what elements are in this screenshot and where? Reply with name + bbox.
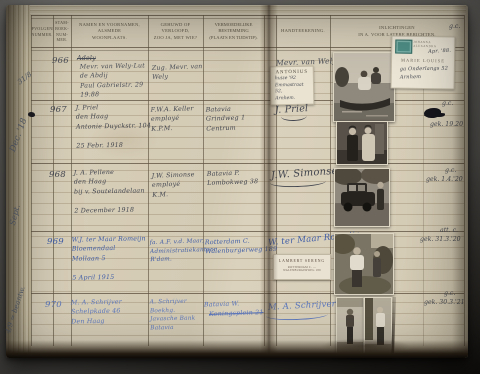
column-header-stamboek-nummer: STAM- BOEK- NUM- MER. [53, 16, 71, 47]
page-right-edge [452, 5, 468, 358]
lambert-card-line1: LAMBERT SERENG [274, 259, 330, 263]
photo-automobile [334, 168, 390, 227]
stamp-card-script-top: Apr. '88. [428, 48, 451, 57]
entry-966-name: Mevr. van Wely-Lut de Abdij Paul Gabriel… [80, 61, 146, 100]
entry-966-partner: Zug. Mevr. van Wely [152, 62, 203, 83]
vertical-rule [203, 15, 204, 346]
photo-couple-indoors [336, 121, 388, 165]
entry-967-dest: Batavia Grindweg 1 Centrum [206, 104, 246, 134]
entry-970-partner: A. Schrijver Boekhg. Javasche Bank Batav… [150, 298, 196, 334]
book-bottom-edge [6, 340, 468, 358]
stamp-card: JOHANNA ALEXANDRA Apr. '88. MARIE LOUISE… [391, 35, 456, 89]
stamp-card-print: JOHANNA ALEXANDRA [413, 40, 436, 49]
lambert-card-line2: ROTTERDAM C. — WALENBURGERWEG 189 [274, 266, 330, 272]
entry-967-number: 967 [50, 104, 67, 117]
vertical-rule [71, 15, 72, 346]
column-header-bestemming: VERMOEDELIJKE BESTEMMING (PLAATS EN TIJD… [203, 16, 264, 47]
photo-backdrop: OPVOLGEND NUMMER. STAM- BOEK- NUM- MER. … [0, 0, 480, 374]
vertical-rule [31, 15, 32, 346]
entry-967-name: J. Priel den Haag Antonie Duyckstr. 104 … [76, 102, 152, 150]
column-header-opvolgend-nummer: OPVOLGEND NUMMER. [31, 16, 53, 47]
entry-968-dest: Batavia P. Lombokweg 38 [207, 168, 259, 189]
column-header-gehuwd: GEHUWD OF VERLOOFD, ZOO JA, MET WIE? [148, 16, 203, 47]
entry-969-number: 969 [47, 236, 64, 249]
photo-rowing-boat [333, 52, 395, 122]
horizontal-rule [31, 293, 464, 294]
column-header-namen: NAMEN EN VOORNAMEN, ALSMEDE WOONPLAATS. [71, 16, 148, 47]
horizontal-rule [31, 231, 464, 232]
book-gutter [260, 5, 278, 358]
photo-garden [334, 233, 394, 295]
vertical-rule [148, 15, 149, 346]
page-top-edge [30, 5, 466, 14]
horizontal-rule [31, 100, 464, 101]
lambert-card: LAMBERT SERENG ROTTERDAM C. — WALENBURGE… [273, 254, 331, 280]
stamp-card-script-bottom: ga Onderlangs 52 Arnhem [400, 66, 449, 82]
entry-968-number: 968 [49, 169, 66, 182]
stamp-icon [395, 40, 412, 54]
horizontal-rule [31, 163, 464, 164]
entry-968-name: J. A. Pellene den Haag bij v. Soutelande… [74, 167, 145, 215]
stamp-card-name: MARIE LOUISE [392, 57, 454, 63]
entry-970-dest-struck: Koningsplein 21 [209, 308, 264, 319]
ink-spot [28, 112, 35, 117]
entry-968-partner: J.W. Simonse employé K.M. [152, 170, 196, 200]
entry-966-number: 966 [52, 55, 69, 68]
column-header-handteekening: HANDTEEKENING. [276, 16, 330, 47]
entry-970-name: M. A. Schrijver Schelpkade 46 Den Haag [71, 298, 123, 327]
entry-969-name: W.J. ter Maar Romeijn Bloemendaal Mollaa… [72, 234, 147, 282]
entry-967-partner: F.W.A. Keller employé K.P.M. [151, 104, 195, 134]
entry-970-number: 970 [45, 299, 62, 312]
